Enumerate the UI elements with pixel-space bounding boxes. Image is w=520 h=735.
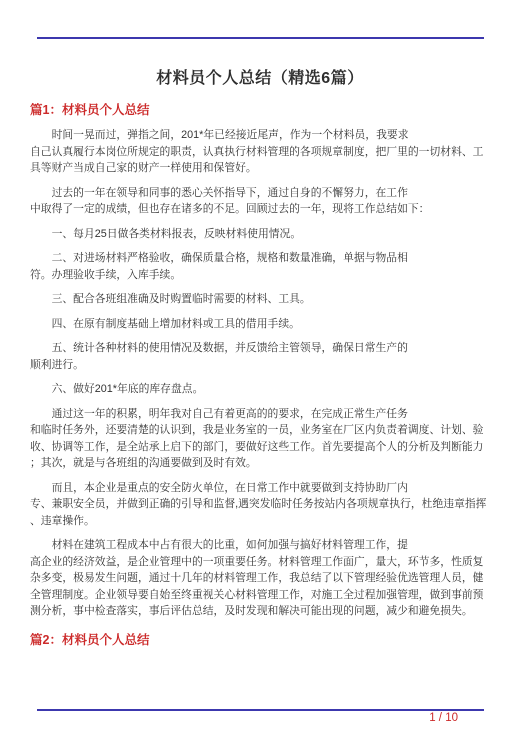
list-item-paragraph: 五、统计各种材料的使用情况及数据，并反馈给主管领导，确保日常生产的 顺利进行。	[30, 340, 490, 373]
list-item-paragraph: 六、做好201*年底的库存盘点。	[30, 381, 490, 398]
document-page: 材料员个人总结（精选6篇） 篇1：材料员个人总结 时间一晃而过，弹指之间，201…	[0, 0, 520, 735]
paragraph: 而且，本企业是重点的安全防火单位，在日常工作中就要做到支持协助厂内 专、兼职安全…	[30, 480, 490, 530]
paragraph: 材料在建筑工程成本中占有很大的比重，如何加强与搞好材料管理工作，提 高企业的经济…	[30, 537, 490, 620]
top-divider	[37, 37, 484, 39]
bottom-divider	[37, 709, 484, 711]
list-item-paragraph: 一、每月25日做各类材料报表，反映材料使用情况。	[30, 226, 490, 243]
document-content: 材料员个人总结（精选6篇） 篇1：材料员个人总结 时间一晃而过，弹指之间，201…	[30, 68, 490, 657]
paragraph: 时间一晃而过，弹指之间，201*年已经接近尾声，作为一个材料员，我要求 自己认真…	[30, 127, 490, 177]
list-item-paragraph: 四、在原有制度基础上增加材料或工具的借用手续。	[30, 316, 490, 333]
section-1-heading: 篇1：材料员个人总结	[30, 103, 490, 117]
list-item-paragraph: 三、配合各班组准确及时购置临时需要的材料、工具。	[30, 291, 490, 308]
section-2-heading: 篇2：材料员个人总结	[30, 633, 490, 647]
page-number-indicator: 1 / 10	[429, 712, 458, 724]
paragraph: 过去的一年在领导和同事的悉心关怀指导下，通过自身的不懈努力，在工作 中取得了一定…	[30, 185, 490, 218]
list-item-paragraph: 二、对进场材料严格验收，确保质量合格，规格和数量准确，单据与物品相 符。办理验收…	[30, 250, 490, 283]
document-title: 材料员个人总结（精选6篇）	[30, 68, 490, 90]
paragraph: 通过这一年的积累，明年我对自己有着更高的的要求，在完成正常生产任务 和临时任务外…	[30, 406, 490, 472]
